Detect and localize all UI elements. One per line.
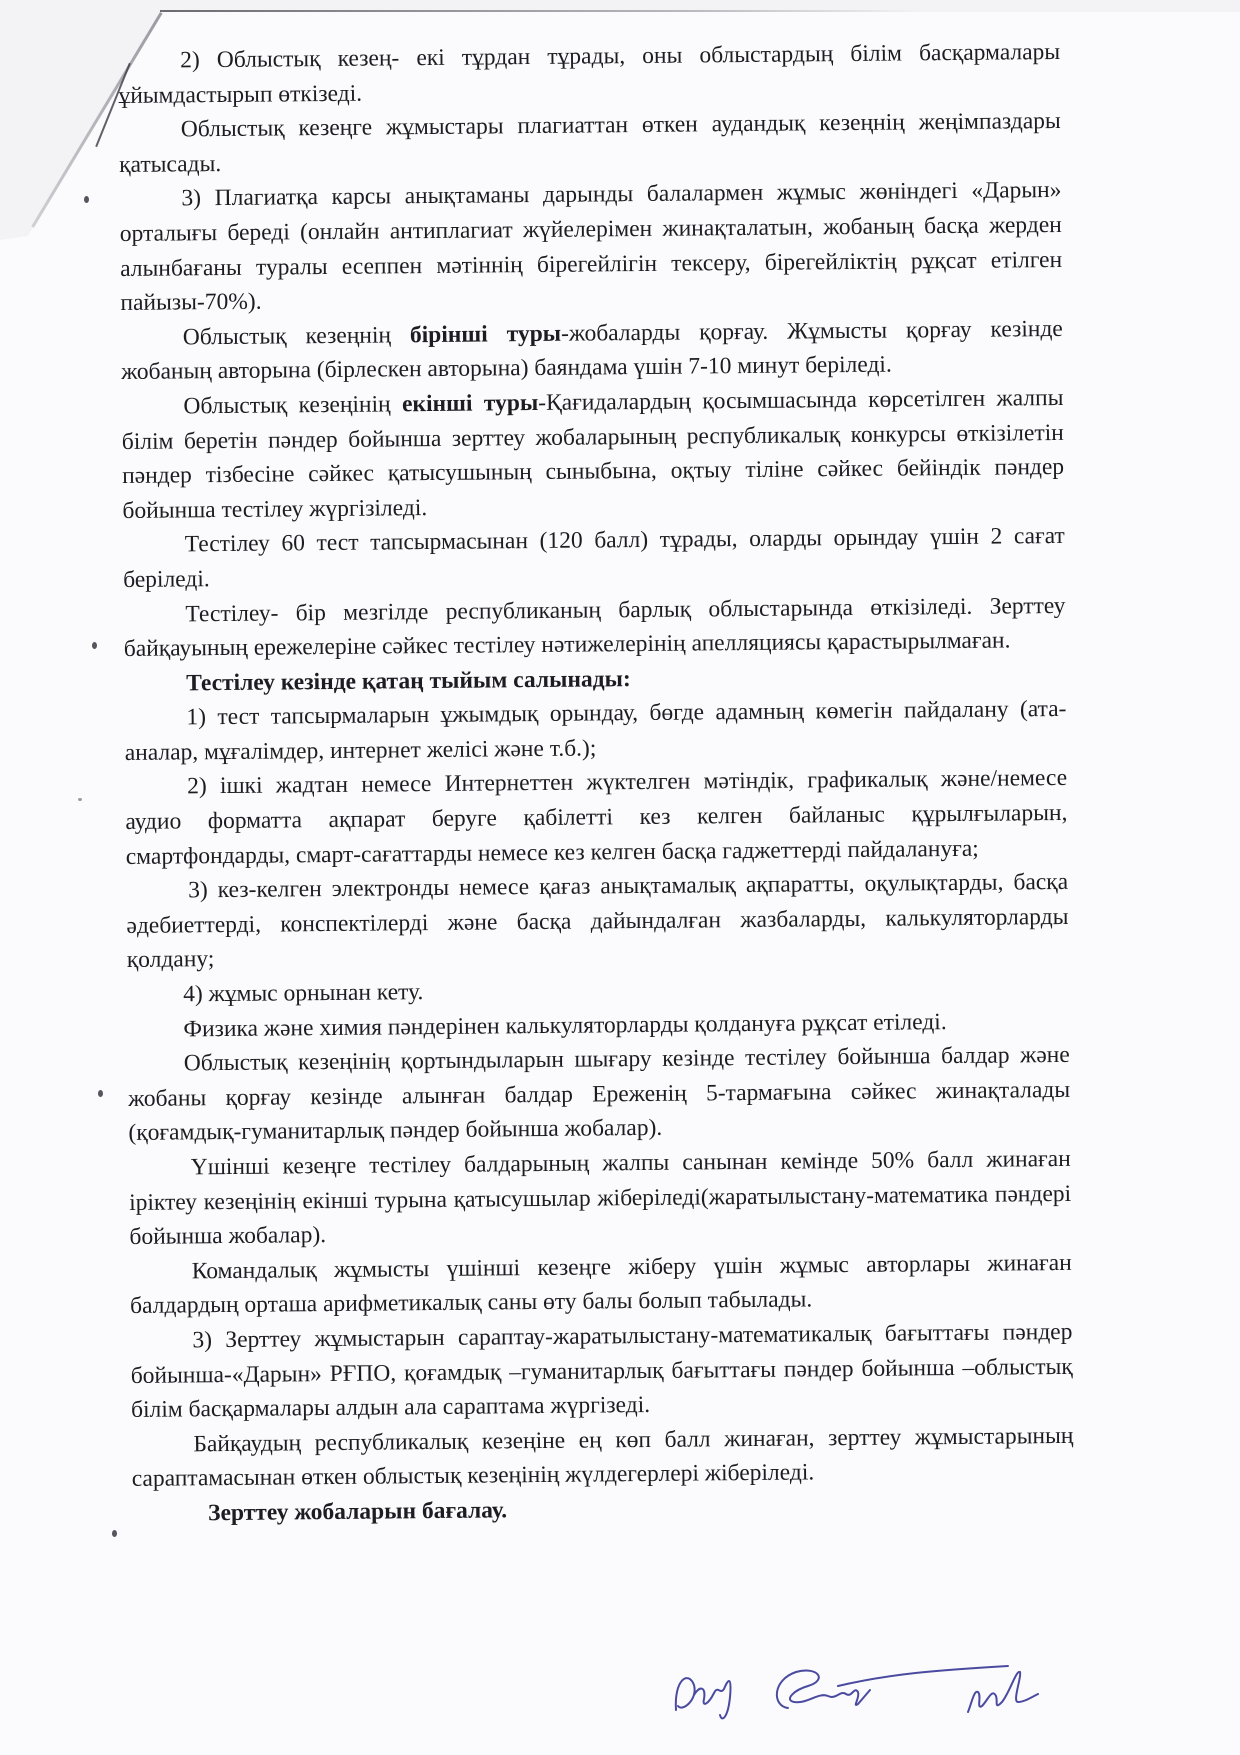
paragraph: Облыстық кезеңінің қортындыларын шығару … xyxy=(128,1038,1071,1151)
paragraph: Тестілеу- бір мезгілде республиканың бар… xyxy=(123,588,1066,666)
paragraph: 3) Зерттеу жұмыстарын сараптау-жаратылыс… xyxy=(130,1315,1073,1428)
document-body: 2) Облыстық кезең- екі тұрдан тұрады, он… xyxy=(118,35,1074,1532)
paragraph: Байқаудың республикалық кезеңіне ең көп … xyxy=(131,1419,1074,1497)
list-item: 1) тест тапсырмаларын ұжымдық орындау, б… xyxy=(124,692,1067,770)
paragraph: Командалық жұмысты үшінші кезеңге жіберу… xyxy=(130,1246,1073,1324)
paragraph: 3) Плагиатқа карсы анықтаманы дарынды ба… xyxy=(119,173,1062,320)
text-run: Облыстық кезеңнің xyxy=(183,322,410,350)
punch-dot xyxy=(78,798,82,801)
list-item: 3) кез-келген электронды немесе қағаз ан… xyxy=(126,865,1069,978)
punch-dot xyxy=(98,1090,103,1097)
bold-term: екінші туры xyxy=(402,390,538,417)
paragraph: Үшінші кезеңге тестілеу балдарының жалпы… xyxy=(129,1142,1072,1255)
punch-dot xyxy=(112,1530,117,1537)
paragraph: Облыстық кезеңге жұмыстары плагиаттан өт… xyxy=(119,104,1062,182)
punch-dot xyxy=(84,196,89,203)
paragraph: 2) Облыстық кезең- екі тұрдан тұрады, он… xyxy=(118,35,1061,113)
paragraph: Облыстық кезеңнің бірінші туры-жобаларды… xyxy=(121,312,1064,390)
page-top-edge xyxy=(160,10,920,12)
paragraph: Тестілеу 60 тест тапсырмасынан (120 балл… xyxy=(123,519,1066,597)
list-item: 2) ішкі жадтан немесе Интернеттен жүктел… xyxy=(125,761,1068,874)
paragraph: Облыстық кезеңінің екінші туры-Қағидалар… xyxy=(121,381,1064,528)
handwritten-signature xyxy=(668,1640,1128,1730)
bold-term: бірінші туры xyxy=(410,321,561,348)
text-run: Облыстық кезеңінің xyxy=(183,391,402,419)
punch-dot xyxy=(92,642,97,649)
